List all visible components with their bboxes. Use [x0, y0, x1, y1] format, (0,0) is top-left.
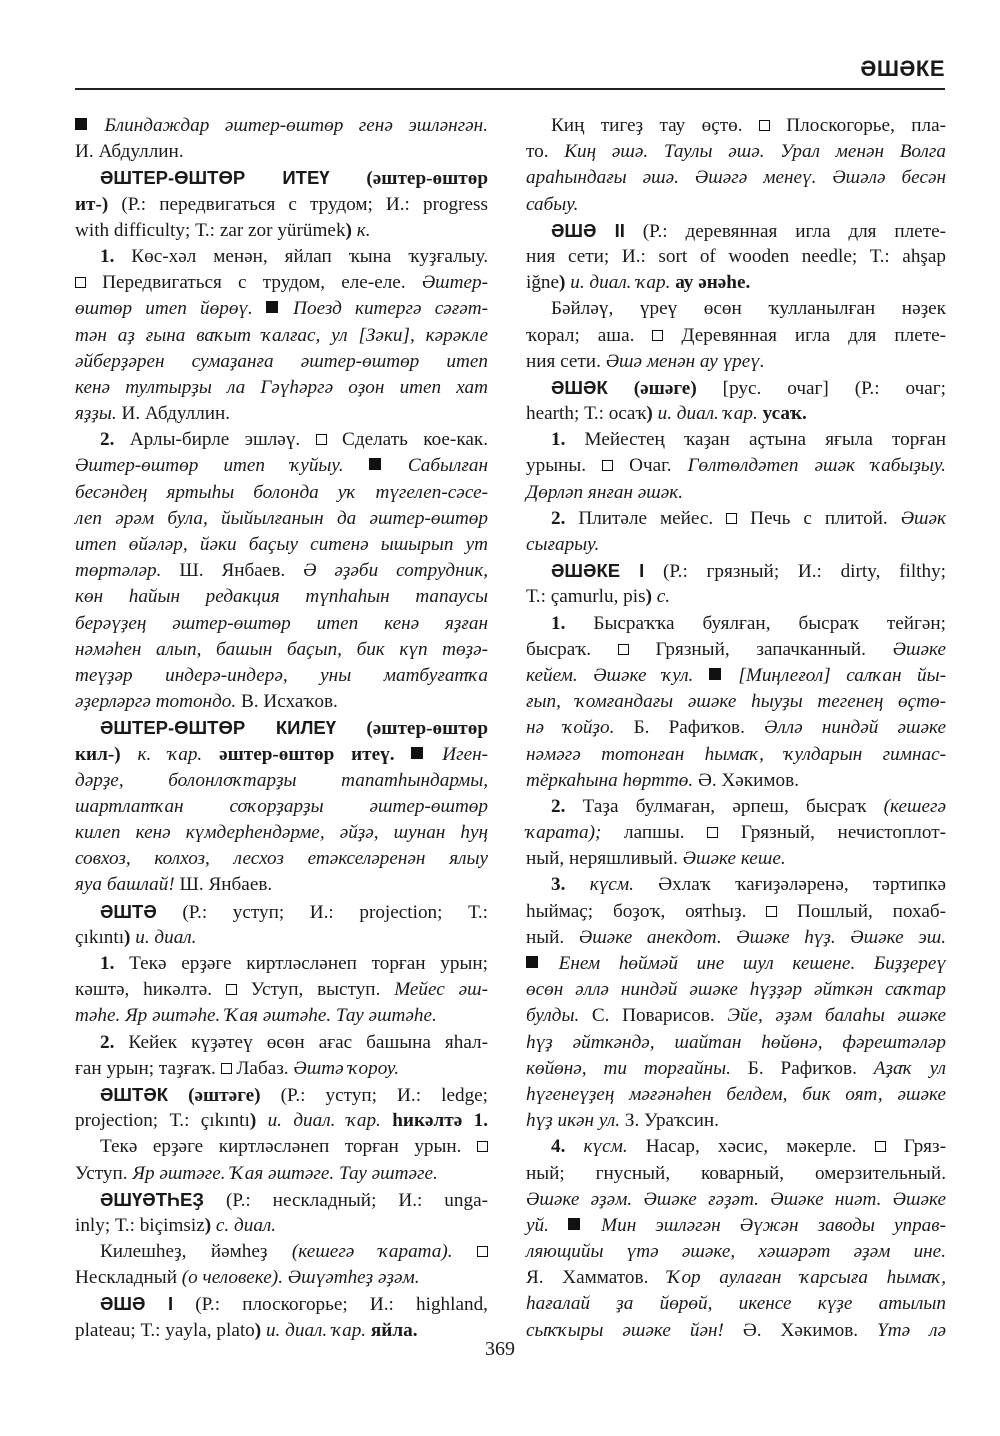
italic-text: шартлатҡан соҡорҙарҙы әштер-өштөр: [75, 796, 488, 817]
text: [рус. очаг] (Р.: очаг;: [697, 378, 946, 399]
text-line: ный. Әшәке анекдот. Әшәке һүҙ. Әшәке эш.: [526, 925, 946, 951]
text: Килешһеҙ, йәмһеҙ: [100, 1241, 292, 1262]
italic-text: яуа башлай!: [75, 874, 175, 895]
text-line: 2. Арлы-бирле эшләү. Сделать кое-как.: [75, 427, 488, 453]
translation-marker-icon: [316, 434, 327, 445]
text-line: һүҙ икән ул. З. Ураҡсин.: [526, 1108, 946, 1134]
italic-text: нә ҡойҙо.: [526, 717, 614, 738]
text-line: Әшәке әҙәм. Әшәке ғәҙәт. Әшәке ниәт. Әшә…: [526, 1187, 946, 1213]
text: лапшы.: [601, 822, 707, 843]
italic-text: араһындағы әшә. Әшәгә менеү. Әшәлә бесән: [526, 167, 946, 188]
italic-text: (о человеке). Әшүәтһеҙ әҙәм.: [182, 1267, 420, 1288]
text: Ш. Янбаев.: [161, 560, 303, 581]
text: Сделать кое-как.: [327, 429, 488, 450]
text: Таҙа булмаған, әрпеш, бысраҡ: [565, 796, 883, 817]
text: [453, 1241, 477, 1262]
text-line: теүҙәр индерә-индерә, уны матбуғатҡа: [75, 663, 488, 689]
text: Насар, хәсис, мәкерле.: [628, 1136, 875, 1157]
text: Гряз-: [886, 1136, 946, 1157]
text: Б. Рафиҡов.: [614, 717, 764, 738]
bold-text: 3.: [551, 874, 565, 895]
text: Ш. Янбаев.: [175, 874, 272, 895]
text-line: ӘШТӘ (Р.: уступ; И.: projection; Т.:: [75, 899, 488, 925]
text: С. Поварисов.: [579, 1005, 727, 1026]
italic-text: һүгенеүҙең мәғәнәһен белдем, бик оят, әш…: [526, 1084, 946, 1105]
italic-text: Әшәке әҙәм. Әшәке ғәҙәт. Әшәке ниәт. Әшә…: [526, 1189, 946, 1210]
italic-text: Блиндаждар әштер-өштөр генә эшләнгән.: [89, 115, 488, 136]
italic-text: совхоз, колхоз, лесхоз етәкселәренән ялы…: [75, 848, 488, 869]
text: çıkıntı: [75, 927, 124, 948]
text: Арлы-бирле эшләү.: [114, 429, 315, 450]
text-line: нәмәһен алып, башын баҫып, бик күп төҙә-: [75, 637, 488, 663]
italic-text: кейем. Әшәке ҡул.: [526, 665, 709, 686]
text-line: итеп өйәләр, йәки баҫыу ситенә ышырып ут: [75, 532, 488, 558]
text-line: нә ҡойҙо. Б. Рафиҡов. Әллә ниндәй әшәке: [526, 715, 946, 741]
text-line: тәһе. Яр әштәһе. Ҡая әштәһе. Тау әштәһе.: [75, 1003, 488, 1029]
italic-text: уй.: [526, 1215, 568, 1236]
italic-text: булды.: [526, 1005, 579, 1026]
text-line: яҙҙы. И. Абдуллин.: [75, 401, 488, 427]
italic-text: Яр әштәге. Ҡая әштәге. Тау әштәге.: [132, 1163, 437, 1184]
text-line: ния сети; И.: sort of wooden needle; Т.:…: [526, 244, 946, 270]
page-number: 369: [0, 1338, 1000, 1361]
translation-marker-icon: [759, 120, 770, 131]
text-line: ӘШӘК (әшәге) [рус. очаг] (Р.: очаг;: [526, 375, 946, 401]
text-line: ӘШӘ I (Р.: плоскогорье; И.: highland,: [75, 1291, 488, 1317]
translation-marker-icon: [726, 513, 737, 524]
text: И. Абдуллин.: [117, 403, 230, 424]
text-line: ғып, ҡомғандағы әшәке һыуҙы тегенең өҫтө…: [526, 689, 946, 715]
text: ния сети.: [526, 351, 606, 372]
italic-text: Ә әҙәби сотрудник,: [303, 560, 488, 581]
bold-text: 2.: [551, 508, 565, 529]
italic-text: нәмәһен алып, башын баҫып, бик күп төҙә-: [75, 639, 488, 660]
text: Б. Рафиҡов.: [731, 1058, 874, 1079]
text: кәштә, һикәлтә.: [75, 979, 226, 1000]
italic-text: төртәләр.: [75, 560, 161, 581]
text-line: 1. Көс-хәл менән, яйлап ҡына ҡуҙғалыу.: [75, 244, 488, 270]
italic-text: Әшәке анекдот. Әшәке һүҙ. Әшәке эш.: [579, 927, 946, 948]
text: Грязный, нечистоплот-: [718, 822, 946, 843]
text: Көс-хәл менән, яйлап ҡына ҡуҙғалыу.: [114, 246, 488, 267]
text-line: И. Абдуллин.: [75, 139, 488, 165]
text-line: ный; гнусный, коварный, омерзительный.: [526, 1161, 946, 1187]
italic-text: әҙерләргә тотондо.: [75, 691, 236, 712]
text-line: ӘШӘКЕ I (Р.: грязный; И.: dirty, filthy;: [526, 558, 946, 584]
italic-text: Киң әшә. Таулы әшә. Урал менән Волга: [564, 141, 946, 162]
text-line: Килешһеҙ, йәмһеҙ (кешегә ҡарата).: [75, 1239, 488, 1265]
text: [330, 168, 367, 189]
text-line: шартлатҡан соҡорҙарҙы әштер-өштөр: [75, 794, 488, 820]
text-line: Нескладный (о человеке). Әшүәтһеҙ әҙәм.: [75, 1265, 488, 1291]
text-line: яуа башлай! Ш. Янбаев.: [75, 872, 488, 898]
text: Уступ.: [75, 1163, 132, 1184]
italic-text: Мин эшләгән Әүжән заводы управ-: [582, 1215, 946, 1236]
translation-marker-icon: [602, 460, 613, 471]
text: Деревянная игла для плете-: [663, 325, 946, 346]
italic-text: к.: [352, 220, 371, 241]
text: hearth; Т.: ocaҡ: [526, 403, 646, 424]
example-marker-icon: [266, 301, 278, 313]
text-line: бесәндең яртыһы болонда уҡ түгелеп-сәсе-: [75, 480, 488, 506]
headword: ӘШТЕР-ӨШТӨР КИЛЕҮ: [100, 717, 336, 738]
translation-marker-icon: [75, 277, 86, 288]
translation-marker-icon: [618, 644, 629, 655]
italic-text: кенә тултырҙы ла Гәүһәргә оҙон итеп хат: [75, 377, 488, 398]
text-line: леп әрәм була, йыйылғанын да әштер-өштөр: [75, 506, 488, 532]
bold-text: (әштер-өштөр: [366, 168, 488, 189]
text-line: 3. күсм. Әхлаҡ ҡағиҙәләренә, тәртипкә: [526, 872, 946, 898]
text-line: Енем һөймәй ине шул кешене. Биҙҙереү: [526, 951, 946, 977]
text-line: 4. күсм. Насар, хәсис, мәкерле. Гряз-: [526, 1134, 946, 1160]
headword: ӘШТӘ: [100, 901, 157, 922]
text: (Р.: деревянная игла для плете-: [625, 221, 946, 242]
text-line: әйберҙәрен сумаҙанға әштер-өштөр итеп: [75, 349, 488, 375]
italic-text: күсм.: [565, 874, 633, 895]
italic-text: Дөрләп янған әшәк.: [526, 482, 683, 503]
example-marker-icon: [75, 118, 87, 130]
italic-text: и. диал. ҡар.: [256, 1110, 381, 1131]
text-line: ляющийы үтә әшәке, хәшәрәт әҙәм ине.: [526, 1239, 946, 1265]
italic-text: Иген-: [425, 744, 488, 765]
text: Т.: çamurlu, pis: [526, 586, 646, 607]
example-marker-icon: [568, 1218, 580, 1230]
bold-text: (әштәге): [188, 1085, 260, 1106]
text-line: 1. Текә ерҙәге киртләсләнеп торған урын;: [75, 951, 488, 977]
text-line: тёркаһына һөрттө. Ә. Хәкимов.: [526, 768, 946, 794]
text-line: 2. Кейек күҙәтеү өсөн ағас башына яһал-: [75, 1030, 488, 1056]
bold-text: 2.: [551, 796, 565, 817]
text: with difficulty; Т.: zar zor yürümek: [75, 220, 346, 241]
text-line: кенә тултырҙы ла Гәүһәргә оҙон итеп хат: [75, 375, 488, 401]
text-line: ӘШҮӘТҺЕҘ (Р.: нескладный; И.: unga-: [75, 1187, 488, 1213]
text: ный, неряшливый.: [526, 848, 683, 869]
bold-text: 1.: [100, 246, 114, 267]
text: (Р.: уступ; И.: projection; Т.:: [157, 902, 488, 923]
text: ния сети; И.: sort of wooden needle; Т.:…: [526, 246, 946, 267]
italic-text: леп әрәм була, йыйылғанын да әштер-өштөр: [75, 508, 488, 529]
translation-marker-icon: [875, 1141, 886, 1152]
text: [168, 1085, 188, 1106]
italic-text: нәмәгә тотонған һымаҡ, ҡулдарын гимнас-: [526, 744, 946, 765]
text-line: араһындағы әшә. Әшәгә менеү. Әшәлә бесән: [526, 165, 946, 191]
italic-text: Әшәке: [893, 639, 946, 660]
right-column: Киң тигеҙ тау өҫтө. Плоскогорье, пла-то.…: [526, 113, 946, 1344]
text: Я. Хамматов.: [526, 1267, 667, 1288]
text: Бәйләү, үреү өсөн ҡулланылған нәҙек: [551, 298, 946, 319]
headword: ӘШӘ I: [100, 1293, 173, 1314]
text-line: Т.: çamurlu, pis) с.: [526, 584, 946, 610]
italic-text: берәүҙең әштер-өштөр итеп кенә яҙған: [75, 613, 488, 634]
text-line: өштөр итеп йөрөү. Поезд китергә сәғәт-: [75, 296, 488, 322]
text-line: кил-) к. ҡар. әштер-өштөр итеү. Иген-: [75, 742, 488, 768]
text: Очаг.: [613, 455, 688, 476]
text-line: Уступ. Яр әштәге. Ҡая әштәге. Тау әштәге…: [75, 1161, 488, 1187]
bold-text: әштер-өштөр итеү.: [202, 744, 411, 765]
text-line: тән аҙ ғына ваҡыт ҡалғас, ул [Зәки], кәр…: [75, 323, 488, 349]
text-line: ҡарата); лапшы. Грязный, нечистоплот-: [526, 820, 946, 846]
text: inly; Т.: biçimsiz: [75, 1215, 205, 1236]
example-marker-icon: [369, 458, 381, 470]
bold-text: 1.: [551, 429, 565, 450]
bold-text: кил-): [75, 744, 121, 765]
italic-text: әйберҙәрен сумаҙанға әштер-өштөр итеп: [75, 351, 488, 372]
text-line: һағалай ҙа йөрөй, икенсе күҙе атылып: [526, 1291, 946, 1317]
italic-text: дәрҙе, болонлоҡтарҙы тапатһындармы,: [75, 770, 488, 791]
text-line: төртәләр. Ш. Янбаев. Ә әҙәби сотрудник,: [75, 558, 488, 584]
text-line: 1. Мейестең ҡаҙан аҫтына яғыла торған: [526, 427, 946, 453]
italic-text: Ҡор аулаған ҡарсыға һымаҡ,: [667, 1267, 946, 1288]
italic-text: Сабылған: [383, 455, 488, 476]
text: З. Ураҡсин.: [620, 1110, 719, 1131]
italic-text: өсөн әллә ниндәй әшәке һүҙҙәр әйткән саҡ…: [526, 979, 946, 1000]
italic-text: тёркаһына һөрттө.: [526, 770, 693, 791]
running-head: ӘШӘКЕ: [860, 56, 945, 82]
text: Кейек күҙәтеү өсөн ағас башына яһал-: [114, 1032, 488, 1053]
headword: ӘШТӘК: [100, 1084, 168, 1105]
text: Нескладный: [75, 1267, 182, 1288]
text-line: һыймаҫ; боҙоҡ, оятһыҙ. Пошлый, похаб-: [526, 899, 946, 925]
example-marker-icon: [411, 747, 423, 759]
italic-text: ляющийы үтә әшәке, хәшәрәт әҙәм ине.: [526, 1241, 946, 1262]
italic-text: и. диал. ҡар.: [565, 272, 670, 293]
italic-text: Әшәке кеше.: [683, 848, 786, 869]
italic-text: һағалай ҙа йөрөй, икенсе күҙе атылып: [526, 1293, 946, 1314]
text-line: һүҙ әйткәндә, шайтан һөйөнә, фәрештәләр: [526, 1030, 946, 1056]
translation-marker-icon: [477, 1141, 488, 1152]
bold-text: һикәлтә 1.: [381, 1110, 488, 1131]
headword: ӘШТЕР-ӨШТӨР ИТЕҮ: [100, 167, 330, 188]
text-line: ния сети. Әшә менән ау үреү.: [526, 349, 946, 375]
bold-text: 2.: [100, 429, 114, 450]
left-column: Блиндаждар әштер-өштөр генә эшләнгән.И. …: [75, 113, 488, 1344]
text: И. Абдуллин.: [75, 141, 184, 162]
text-line: әҙерләргә тотондо. В. Исхаҡов.: [75, 689, 488, 715]
text-line: кәштә, һикәлтә. Уступ, выступ. Мейес әш-: [75, 977, 488, 1003]
italic-text: (кешегә: [884, 796, 946, 817]
italic-text: теүҙәр индерә-индерә, уны матбуғатҡа: [75, 665, 488, 686]
text-line: көн һайын редакция түпһаһын тапаусы: [75, 584, 488, 610]
text: iğne: [526, 272, 559, 293]
text-line: ҡорал; аша. Деревянная игла для плете-: [526, 323, 946, 349]
italic-text: көн һайын редакция түпһаһын тапаусы: [75, 586, 488, 607]
text: Уступ, выступ.: [237, 979, 394, 1000]
text-line: берәүҙең әштер-өштөр итеп кенә яҙған: [75, 611, 488, 637]
text-line: көйөнә, ти торғайны. Б. Рафиҡов. Аҙаҡ ул: [526, 1056, 946, 1082]
text-line: Бәйләү, үреү өсөн ҡулланылған нәҙек: [526, 296, 946, 322]
italic-text: Мейес әш-: [394, 979, 488, 1000]
text-line: ған урын; таҙғаҡ. Лабаз. Әштә ҡороу.: [75, 1056, 488, 1082]
italic-text: и. диал.: [130, 927, 196, 948]
translation-marker-icon: [766, 906, 777, 917]
text: (Р.: уступ; И.: ledge;: [261, 1085, 488, 1106]
text-line: булды. С. Поварисов. Эйе, әҙәм балаһы әш…: [526, 1003, 946, 1029]
text-line: projection; Т.: çıkıntı) и. диал. ҡар. һ…: [75, 1108, 488, 1134]
text: (Р.: нескладный; И.: unga-: [204, 1190, 488, 1211]
italic-text: өштөр итеп йөрөү.: [75, 298, 266, 319]
text-line: совхоз, колхоз, лесхоз етәкселәренән ялы…: [75, 846, 488, 872]
italic-text: Әштер-өштөр итеп ҡуйыу.: [75, 455, 369, 476]
text-line: кейем. Әшәке ҡул. [Миңлеғол] салҡан йы-: [526, 663, 946, 689]
text-line: нәмәгә тотонған һымаҡ, ҡулдарын гимнас-: [526, 742, 946, 768]
headword: ӘШӘКЕ I: [551, 560, 644, 581]
italic-text: яҙҙы.: [75, 403, 117, 424]
text-line: сабыу.: [526, 192, 946, 218]
text: Плитәле мейес.: [565, 508, 726, 529]
text: бысраҡ.: [526, 639, 618, 660]
italic-text: (кешегә ҡарата).: [292, 1241, 453, 1262]
text: [608, 378, 634, 399]
text: Киң тигеҙ тау өҫтө.: [551, 115, 759, 136]
text-line: ный, неряшливый. Әшәке кеше.: [526, 846, 946, 872]
italic-text: Аҙаҡ ул: [874, 1058, 946, 1079]
bold-text: усаҡ.: [758, 403, 807, 424]
text-line: inly; Т.: biçimsiz) с. диал.: [75, 1213, 488, 1239]
headword: ӘШӘ II: [551, 220, 625, 241]
text-line: өсөн әллә ниндәй әшәке һүҙҙәр әйткән саҡ…: [526, 977, 946, 1003]
text-line: 1. Бысраҡҡа буялған, бысраҡ тейгән;: [526, 611, 946, 637]
text: Грязный, запачканный.: [629, 639, 893, 660]
italic-text: Әштә ҡороу.: [293, 1058, 399, 1079]
italic-text: Гөлтөлдәтеп әшәк ҡабыҙыу.: [688, 455, 946, 476]
italic-text: к. ҡар.: [121, 744, 203, 765]
example-marker-icon: [709, 668, 721, 680]
text: ған урын; таҙғаҡ.: [75, 1058, 221, 1079]
text: Әхлаҡ ҡағиҙәләренә, тәртипкә: [634, 874, 946, 895]
text: Мейестең ҡаҙан аҫтына яғыла торған: [565, 429, 946, 450]
text-line: iğne) и. диал. ҡар. ау әнәһе.: [526, 270, 946, 296]
text: Текә ерҙәге киртләсләнеп торған урын;: [114, 953, 488, 974]
bold-text: 1.: [100, 953, 114, 974]
text-line: дәрҙе, болонлоҡтарҙы тапатһындармы,: [75, 768, 488, 794]
text-line: Киң тигеҙ тау өҫтө. Плоскогорье, пла-: [526, 113, 946, 139]
text-line: килеп кенә күмдерһендәрме, әйҙә, шунан һ…: [75, 820, 488, 846]
italic-text: Әллә ниндәй әшәке: [764, 717, 946, 738]
italic-text: Әшә менән ау үреү.: [606, 351, 765, 372]
text-line: Текә ерҙәге киртләсләнеп торған урын.: [75, 1134, 488, 1160]
text-line: сығарыу.: [526, 532, 946, 558]
italic-text: күсм.: [565, 1136, 627, 1157]
text: Текә ерҙәге киртләсләнеп торған урын.: [100, 1136, 477, 1157]
bold-text: ит-): [75, 194, 108, 215]
text-line: 2. Таҙа булмаған, әрпеш, бысраҡ (кешегә: [526, 794, 946, 820]
italic-text: итеп өйәләр, йәки баҫыу ситенә ышырып ут: [75, 534, 488, 555]
italic-text: һүҙ әйткәндә, шайтан һөйөнә, фәрештәләр: [526, 1032, 946, 1053]
translation-marker-icon: [652, 330, 663, 341]
bold-text: 1.: [551, 613, 565, 634]
text: ный.: [526, 927, 579, 948]
text: Лабаз.: [232, 1058, 294, 1079]
bold-text: ау әнәһе.: [670, 272, 750, 293]
text-line: Передвигаться с трудом, еле-еле. Әштер-: [75, 270, 488, 296]
text: то.: [526, 141, 564, 162]
headword: ӘШӘК: [551, 377, 608, 398]
text-line: уй. Мин эшләгән Әүжән заводы управ-: [526, 1213, 946, 1239]
italic-text: Поезд китергә сәғәт-: [280, 298, 488, 319]
text: ный; гнусный, коварный, омерзительный.: [526, 1163, 946, 1184]
italic-text: килеп кенә күмдерһендәрме, әйҙә, шунан һ…: [75, 822, 488, 843]
text-line: ит-) (Р.: передвигаться с трудом; И.: pr…: [75, 192, 488, 218]
text: Печь с плитой.: [737, 508, 901, 529]
text-line: 2. Плитәле мейес. Печь с плитой. Әшәк: [526, 506, 946, 532]
italic-text: с. диал.: [211, 1215, 276, 1236]
italic-text: ҡарата);: [526, 822, 601, 843]
translation-marker-icon: [226, 984, 237, 995]
italic-text: көйөнә, ти торғайны.: [526, 1058, 731, 1079]
italic-text: Эйе, әҙәм балаһы әшәке: [727, 1005, 946, 1026]
text-line: ӘШТӘК (әштәге) (Р.: уступ; И.: ledge;: [75, 1082, 488, 1108]
text: (Р.: плоскогорье; И.: highland,: [173, 1294, 488, 1315]
text-line: ӘШТЕР-ӨШТӨР ИТЕҮ (әштер-өштөр: [75, 165, 488, 191]
bold-text: 2.: [100, 1032, 114, 1053]
italic-text: Енем һөймәй ине шул кешене. Биҙҙереү: [540, 953, 946, 974]
text: Ә. Хәкимов.: [693, 770, 799, 791]
italic-text: бесәндең яртыһы болонда уҡ түгелеп-сәсе-: [75, 482, 488, 503]
italic-text: һүҙ икән ул.: [526, 1110, 620, 1131]
text-line: with difficulty; Т.: zar zor yürümek) к.: [75, 218, 488, 244]
text-line: Әштер-өштөр итеп ҡуйыу. Сабылған: [75, 453, 488, 479]
bold-text: (әштер-өштөр: [366, 718, 488, 739]
text: [336, 718, 366, 739]
italic-text: сығарыу.: [526, 534, 599, 555]
text: һыймаҫ; боҙоҡ, оятһыҙ.: [526, 901, 766, 922]
translation-marker-icon: [477, 1246, 488, 1257]
text-line: урыны. Очаг. Гөлтөлдәтеп әшәк ҡабыҙыу.: [526, 453, 946, 479]
text: урыны.: [526, 455, 602, 476]
text-line: çıkıntı) и. диал.: [75, 925, 488, 951]
italic-text: с.: [652, 586, 670, 607]
text: (Р.: грязный; И.: dirty, filthy;: [644, 561, 946, 582]
example-marker-icon: [526, 956, 538, 968]
italic-text: ғып, ҡомғандағы әшәке һыуҙы тегенең өҫтө…: [526, 691, 946, 712]
translation-marker-icon: [221, 1063, 232, 1074]
italic-text: [Миңлеғол] салҡан йы-: [723, 665, 946, 686]
bold-text: (әшәге): [634, 378, 697, 399]
text-line: һүгенеүҙең мәғәнәһен белдем, бик оят, әш…: [526, 1082, 946, 1108]
text-line: Я. Хамматов. Ҡор аулаған ҡарсыға һымаҡ,: [526, 1265, 946, 1291]
text-line: Блиндаждар әштер-өштөр генә эшләнгән.: [75, 113, 488, 139]
italic-text: тән аҙ ғына ваҡыт ҡалғас, ул [Зәки], кәр…: [75, 325, 488, 346]
text: Передвигаться с трудом, еле-еле.: [86, 272, 422, 293]
headword: ӘШҮӘТҺЕҘ: [100, 1189, 204, 1210]
text: (Р.: передвигаться с трудом; И.: progres…: [108, 194, 488, 215]
text: Пошлый, похаб-: [777, 901, 946, 922]
text-line: то. Киң әшә. Таулы әшә. Урал менән Волга: [526, 139, 946, 165]
text: Плоскогорье, пла-: [770, 115, 946, 136]
text: В. Исхаҡов.: [236, 691, 338, 712]
header-rule: [75, 88, 945, 90]
text: projection; Т.: çıkıntı: [75, 1110, 250, 1131]
italic-text: тәһе. Яр әштәһе. Ҡая әштәһе. Тау әштәһе.: [75, 1005, 437, 1026]
text-line: Дөрләп янған әшәк.: [526, 480, 946, 506]
italic-text: Әштер-: [422, 272, 488, 293]
bold-text: 4.: [551, 1136, 565, 1157]
italic-text: сабыу.: [526, 194, 578, 215]
text-line: ӘШӘ II (Р.: деревянная игла для плете-: [526, 218, 946, 244]
italic-text: и. диал. ҡар.: [653, 403, 758, 424]
text-line: ӘШТЕР-ӨШТӨР КИЛЕҮ (әштер-өштөр: [75, 715, 488, 741]
text-line: бысраҡ. Грязный, запачканный. Әшәке: [526, 637, 946, 663]
text: ҡорал; аша.: [526, 325, 652, 346]
italic-text: Әшәк: [901, 508, 946, 529]
text-line: hearth; Т.: ocaҡ) и. диал. ҡар. усаҡ.: [526, 401, 946, 427]
text: Бысраҡҡа буялған, бысраҡ тейгән;: [565, 613, 946, 634]
translation-marker-icon: [707, 827, 718, 838]
